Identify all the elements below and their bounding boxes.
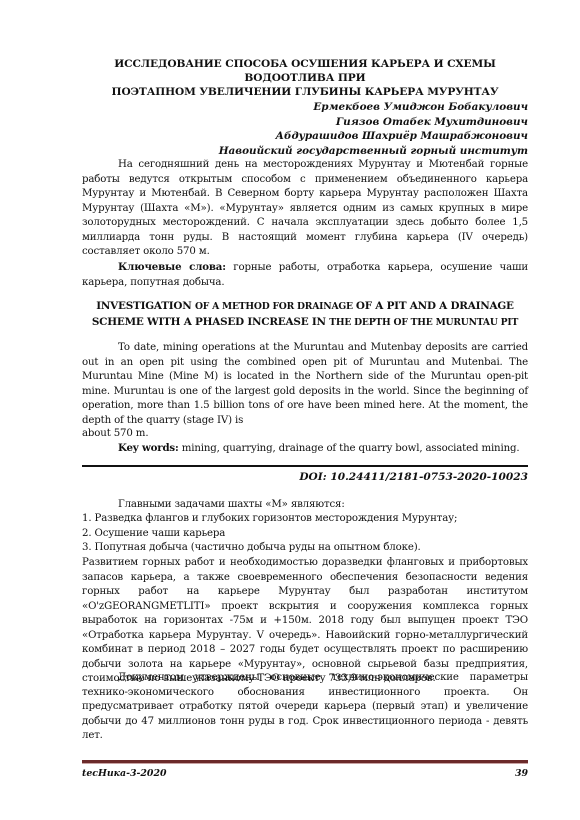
author-name: Ермекбоев Умиджон Бобакулович [82,100,528,115]
body-paragraph-2: Документом утверждены основные технико-э… [82,671,528,744]
author-affiliation: Навоийский государственный горный инстит… [82,144,528,159]
footer-journal: tecHика-3-2020 [82,768,167,780]
title-russian-line-1: ИССЛЕДОВАНИЕ СПОСОБА ОСУШЕНИЯ КАРЬЕРА И … [82,57,528,85]
abstract-english-main: To date, mining operations at the Murunt… [82,342,528,426]
doi-label: DOI: 10.24411/2181-0753-2020-10023 [299,470,528,484]
footer-page-number: 39 [515,768,528,780]
keywords-russian-label: Ключевые слова: [118,261,226,273]
title-english-part-4: THE DEPTH OF THE MURUNTAU PIT [329,317,518,328]
task-item: 2. Осушение чаши карьера [82,527,528,542]
abstract-english-tail: about 570 m. [82,427,528,442]
title-english-part-2: OF A METHOD FOR DRAINAGE [195,301,356,312]
title-english: INVESTIGATION OF A METHOD FOR DRAINAGE O… [82,299,528,330]
title-english-part-1: INVESTIGATION [96,300,195,312]
authors-block: Ермекбоев Умиджон Бобакулович Гиязов Ота… [82,100,528,158]
keywords-russian: Ключевые слова: горные работы, отработка… [82,260,528,290]
task-item: 1. Разведка флангов и глубоких горизонто… [82,512,528,527]
keywords-english-label: Key words: [118,442,179,454]
title-russian-line-2: ПОЭТАПНОМ УВЕЛИЧЕНИИ ГЛУБИНЫ КАРЬЕРА МУР… [82,85,528,99]
body-paragraph-1: Развитием горных работ и необходимостью … [82,556,528,687]
abstract-russian: На сегодняшний день на месторождениях Му… [82,158,528,260]
footer-divider [82,760,528,764]
author-name: Гиязов Отабек Мухитдинович [82,115,528,130]
section-divider [82,465,528,467]
tasks-intro: Главными задачами шахты «М» являются: [118,498,564,513]
task-item: 3. Попутная добыча (частично добыча руды… [82,541,528,556]
keywords-english-text: mining, quarrying, drainage of the quarr… [179,443,520,454]
abstract-english: To date, mining operations at the Murunt… [82,341,528,428]
author-name: Абдурашидов Шахриёр Машрабжонович [82,129,528,144]
keywords-english: Key words: mining, quarrying, drainage o… [82,441,528,457]
title-russian: ИССЛЕДОВАНИЕ СПОСОБА ОСУШЕНИЯ КАРЬЕРА И … [82,57,528,99]
